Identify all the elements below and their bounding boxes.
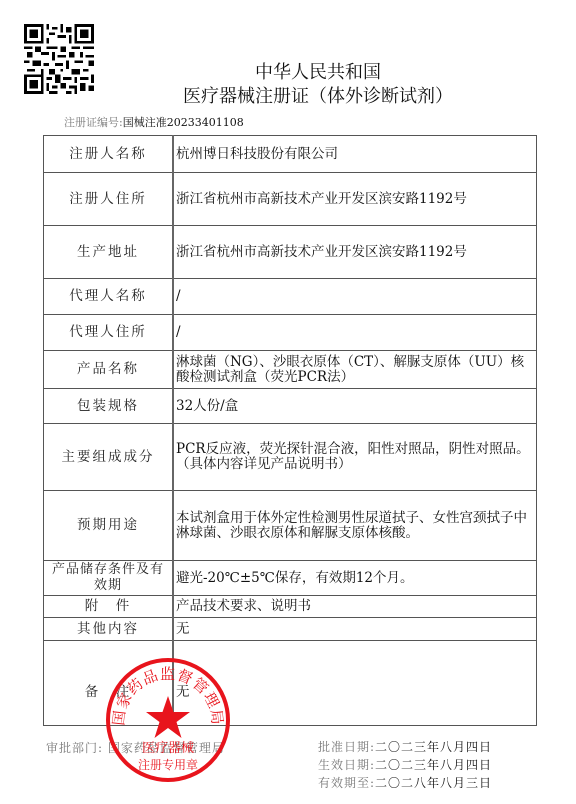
row-value: / [173,315,537,351]
row-label: 主要组成成分 [44,424,174,491]
date-block: 批准日期:二〇二三年八月四日 生效日期:二〇二三年八月四日 有效期至:二〇二八年… [318,738,492,792]
approval-department-value: 国家药品监督管理局 [108,741,225,755]
table-row: 注册人住所 浙江省杭州市高新技术产业开发区滨安路1192号 [44,173,537,226]
table-row: 预期用途 本试剂盒用于体外定性检测男性尿道拭子、女性宫颈拭子中淋球菌、沙眼衣原体… [44,491,537,561]
table-row: 产品名称 淋球菌（NG）、沙眼衣原体（CT）、解脲支原体（UU）核酸检测试剂盒（… [44,351,537,389]
row-label: 注册人住所 [44,173,174,226]
certificate-table: 注册人名称 杭州博日科技股份有限公司 注册人住所 浙江省杭州市高新技术产业开发区… [43,135,537,726]
row-value: 本试剂盒用于体外定性检测男性尿道拭子、女性宫颈拭子中淋球菌、沙眼衣原体和解脲支原… [173,491,537,561]
registration-number-value: 国械注准20233401108 [123,116,244,129]
table-row: 其他内容 无 [44,618,537,641]
row-value: 无 [173,641,537,726]
table-row: 附 件 产品技术要求、说明书 [44,596,537,618]
row-value: 32人份/盒 [173,389,537,424]
table-row: 主要组成成分 PCR反应液，荧光探针混合液，阳性对照品，阴性对照品。（具体内容详… [44,424,537,491]
row-value: 无 [173,618,537,641]
registration-number: 注册证编号:国械注准20233401108 [64,114,244,130]
row-label: 附 件 [44,596,174,618]
table-row: 注册人名称 杭州博日科技股份有限公司 [44,136,537,173]
row-label: 代理人名称 [44,279,174,315]
row-value: 浙江省杭州市高新技术产业开发区滨安路1192号 [173,173,537,226]
table-row: 代理人名称 / [44,279,537,315]
row-label: 备 注 [44,641,174,726]
row-value: 淋球菌（NG）、沙眼衣原体（CT）、解脲支原体（UU）核酸检测试剂盒（荧光PCR… [173,351,537,389]
row-value: PCR反应液，荧光探针混合液，阳性对照品，阴性对照品。（具体内容详见产品说明书） [173,424,537,491]
row-value: 杭州博日科技股份有限公司 [173,136,537,173]
row-label: 代理人住所 [44,315,174,351]
row-value: 产品技术要求、说明书 [173,596,537,618]
row-label: 预期用途 [44,491,174,561]
row-label: 注册人名称 [44,136,174,173]
table-row: 生产地址 浙江省杭州市高新技术产业开发区滨安路1192号 [44,226,537,279]
row-label: 包装规格 [44,389,174,424]
row-label: 产品名称 [44,351,174,389]
approval-department-label: 审批部门: [46,741,103,755]
expiry-date: 有效期至:二〇二八年八月三日 [318,774,492,792]
row-value: 浙江省杭州市高新技术产业开发区滨安路1192号 [173,226,537,279]
registration-number-label: 注册证编号: [64,116,123,129]
effective-date: 生效日期:二〇二三年八月四日 [318,756,492,774]
approval-department: 审批部门: 国家药品监督管理局 [46,739,225,756]
row-label: 产品储存条件及有效期 [44,561,174,596]
table-row: 产品储存条件及有效期 避光-20℃±5℃保存，有效期12个月。 [44,561,537,596]
row-value: / [173,279,537,315]
title-country: 中华人民共和国 [30,58,576,84]
title-certificate: 医疗器械注册证（体外诊断试剂） [30,82,576,108]
row-label: 生产地址 [44,226,174,279]
table-row: 包装规格 32人份/盒 [44,389,537,424]
row-label: 其他内容 [44,618,174,641]
approval-date: 批准日期:二〇二三年八月四日 [318,738,492,756]
table-row: 代理人住所 / [44,315,537,351]
table-row: 备 注 无 [44,641,537,726]
seal-line2: 注册专用章 [138,757,198,772]
row-value: 避光-20℃±5℃保存，有效期12个月。 [173,561,537,596]
